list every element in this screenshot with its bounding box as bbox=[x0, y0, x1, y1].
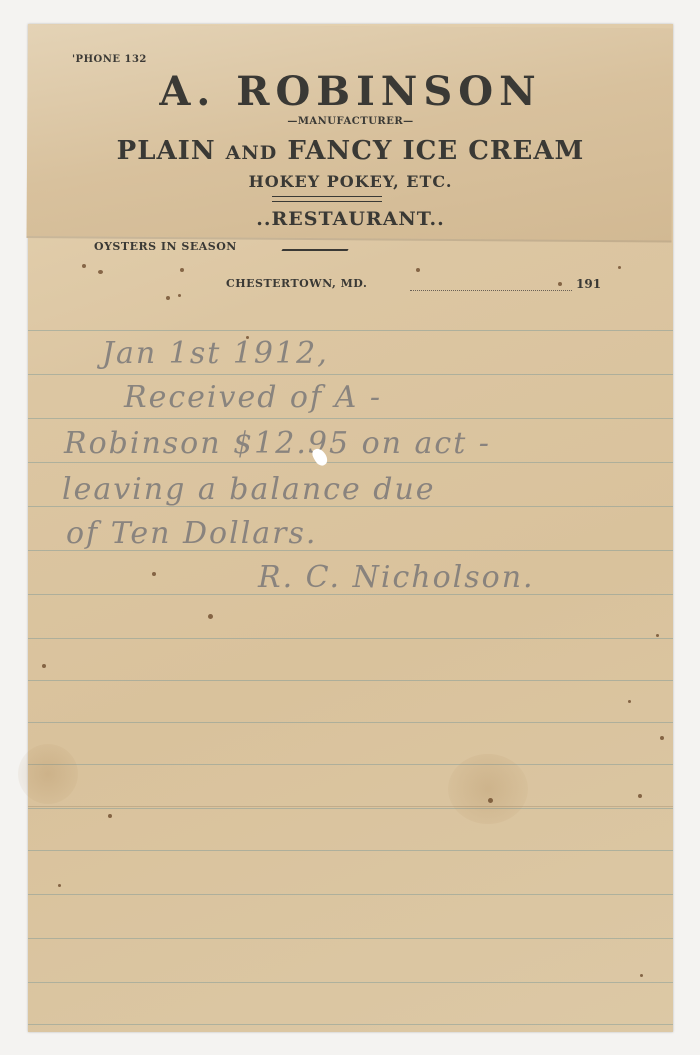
fold-crease bbox=[28, 806, 673, 807]
company-name: A. ROBINSON bbox=[28, 68, 673, 115]
ruled-line bbox=[28, 374, 673, 375]
foxing-spot bbox=[628, 700, 631, 703]
ruled-line bbox=[28, 638, 673, 639]
foxing-spot bbox=[488, 798, 493, 803]
manufacturer-label: —MANUFACTURER— bbox=[28, 116, 673, 127]
date-dotted-line bbox=[410, 290, 572, 291]
stain bbox=[448, 754, 528, 824]
ruled-line bbox=[28, 764, 673, 765]
foxing-spot bbox=[108, 814, 112, 818]
foxing-spot bbox=[180, 268, 184, 272]
city-label: CHESTERTOWN, MD. bbox=[226, 277, 367, 290]
stain bbox=[18, 744, 78, 804]
foxing-spot bbox=[246, 336, 249, 339]
foxing-spot bbox=[166, 296, 170, 300]
ruled-line bbox=[28, 330, 673, 331]
foxing-spot bbox=[42, 664, 46, 668]
foxing-spot bbox=[416, 268, 420, 272]
product-fancy: FANCY ICE CREAM bbox=[287, 136, 584, 166]
handwritten-balance: leaving a balance due bbox=[62, 472, 436, 507]
double-rule-divider bbox=[272, 196, 382, 202]
oysters-label: OYSTERS IN SEASON bbox=[94, 240, 237, 253]
receipt-sheet: 'PHONE 132 A. ROBINSON —MANUFACTURER— PL… bbox=[28, 24, 673, 1032]
foxing-spot bbox=[618, 266, 621, 269]
ruled-line bbox=[28, 894, 673, 895]
ruled-line bbox=[28, 850, 673, 851]
foxing-spot bbox=[638, 794, 642, 798]
year-prefix: 191 bbox=[576, 277, 601, 291]
foxing-spot bbox=[656, 634, 659, 637]
product-line: PLAIN AND FANCY ICE CREAM bbox=[28, 136, 673, 166]
foxing-spot bbox=[558, 282, 562, 286]
phone-number: 'PHONE 132 bbox=[72, 54, 147, 65]
foxing-spot bbox=[82, 264, 86, 268]
handwritten-received: Received of A - bbox=[124, 380, 382, 415]
ruled-line bbox=[28, 938, 673, 939]
ruled-line bbox=[28, 722, 673, 723]
product-and: AND bbox=[226, 142, 278, 164]
foxing-spot bbox=[208, 614, 213, 619]
foxing-spot bbox=[152, 572, 156, 576]
foxing-spot bbox=[58, 884, 61, 887]
ruled-line bbox=[28, 462, 673, 463]
ruled-line bbox=[28, 680, 673, 681]
foxing-spot bbox=[98, 270, 103, 274]
foxing-spot bbox=[660, 736, 664, 740]
product-plain: PLAIN bbox=[117, 136, 216, 166]
ruled-line bbox=[28, 982, 673, 983]
handwritten-date: Jan 1st 1912, bbox=[102, 336, 329, 371]
ruled-line bbox=[28, 1024, 673, 1025]
ruled-line bbox=[28, 418, 673, 419]
foxing-spot bbox=[178, 294, 181, 297]
handwritten-signature: R. C. Nicholson. bbox=[258, 560, 535, 595]
handwritten-amount: Robinson $12.95 on act - bbox=[64, 426, 491, 461]
tagline: HOKEY POKEY, ETC. bbox=[28, 172, 673, 191]
oysters-rule bbox=[281, 249, 348, 251]
foxing-spot bbox=[640, 974, 643, 977]
ruled-line bbox=[28, 808, 673, 809]
handwritten-ten-dollars: of Ten Dollars. bbox=[66, 516, 317, 551]
restaurant-label: ..RESTAURANT.. bbox=[28, 208, 673, 230]
